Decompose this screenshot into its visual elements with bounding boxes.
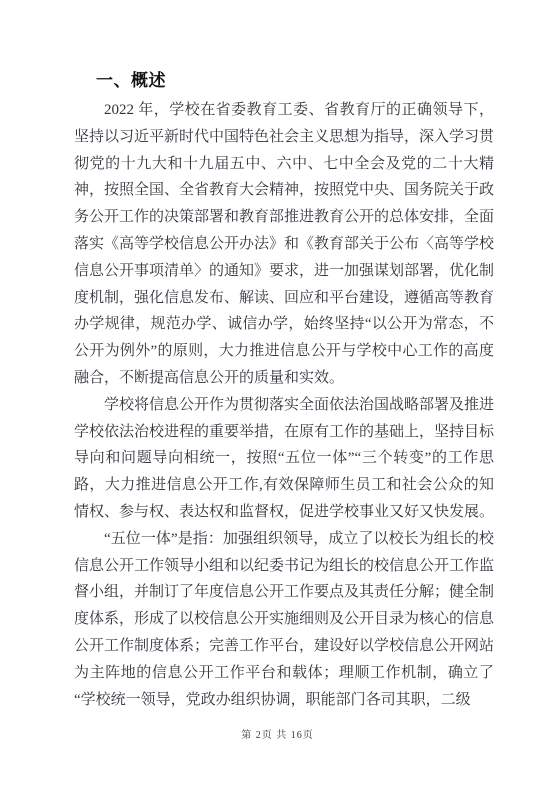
section-heading: 一、概述 bbox=[96, 66, 166, 91]
page-number-footer: 第 2页 共 16页 bbox=[0, 726, 555, 741]
paragraph-overview-2: 学校将信息公开作为贯彻落实全面依法治国战略部署及推进学校依法治校进程的重要举措，… bbox=[74, 392, 494, 526]
paragraph-overview-1: 2022 年，学校在省委教育工委、省教育厅的正确领导下，坚持以习近平新时代中国特… bbox=[74, 97, 494, 392]
document-body: 2022 年，学校在省委教育工委、省教育厅的正确领导下，坚持以习近平新时代中国特… bbox=[74, 97, 494, 713]
document-page: 一、概述 2022 年，学校在省委教育工委、省教育厅的正确领导下，坚持以习近平新… bbox=[0, 0, 555, 785]
paragraph-overview-3: “五位一体”是指：加强组织领导，成立了以校长为组长的校信息公开工作领导小组和以纪… bbox=[74, 526, 494, 714]
